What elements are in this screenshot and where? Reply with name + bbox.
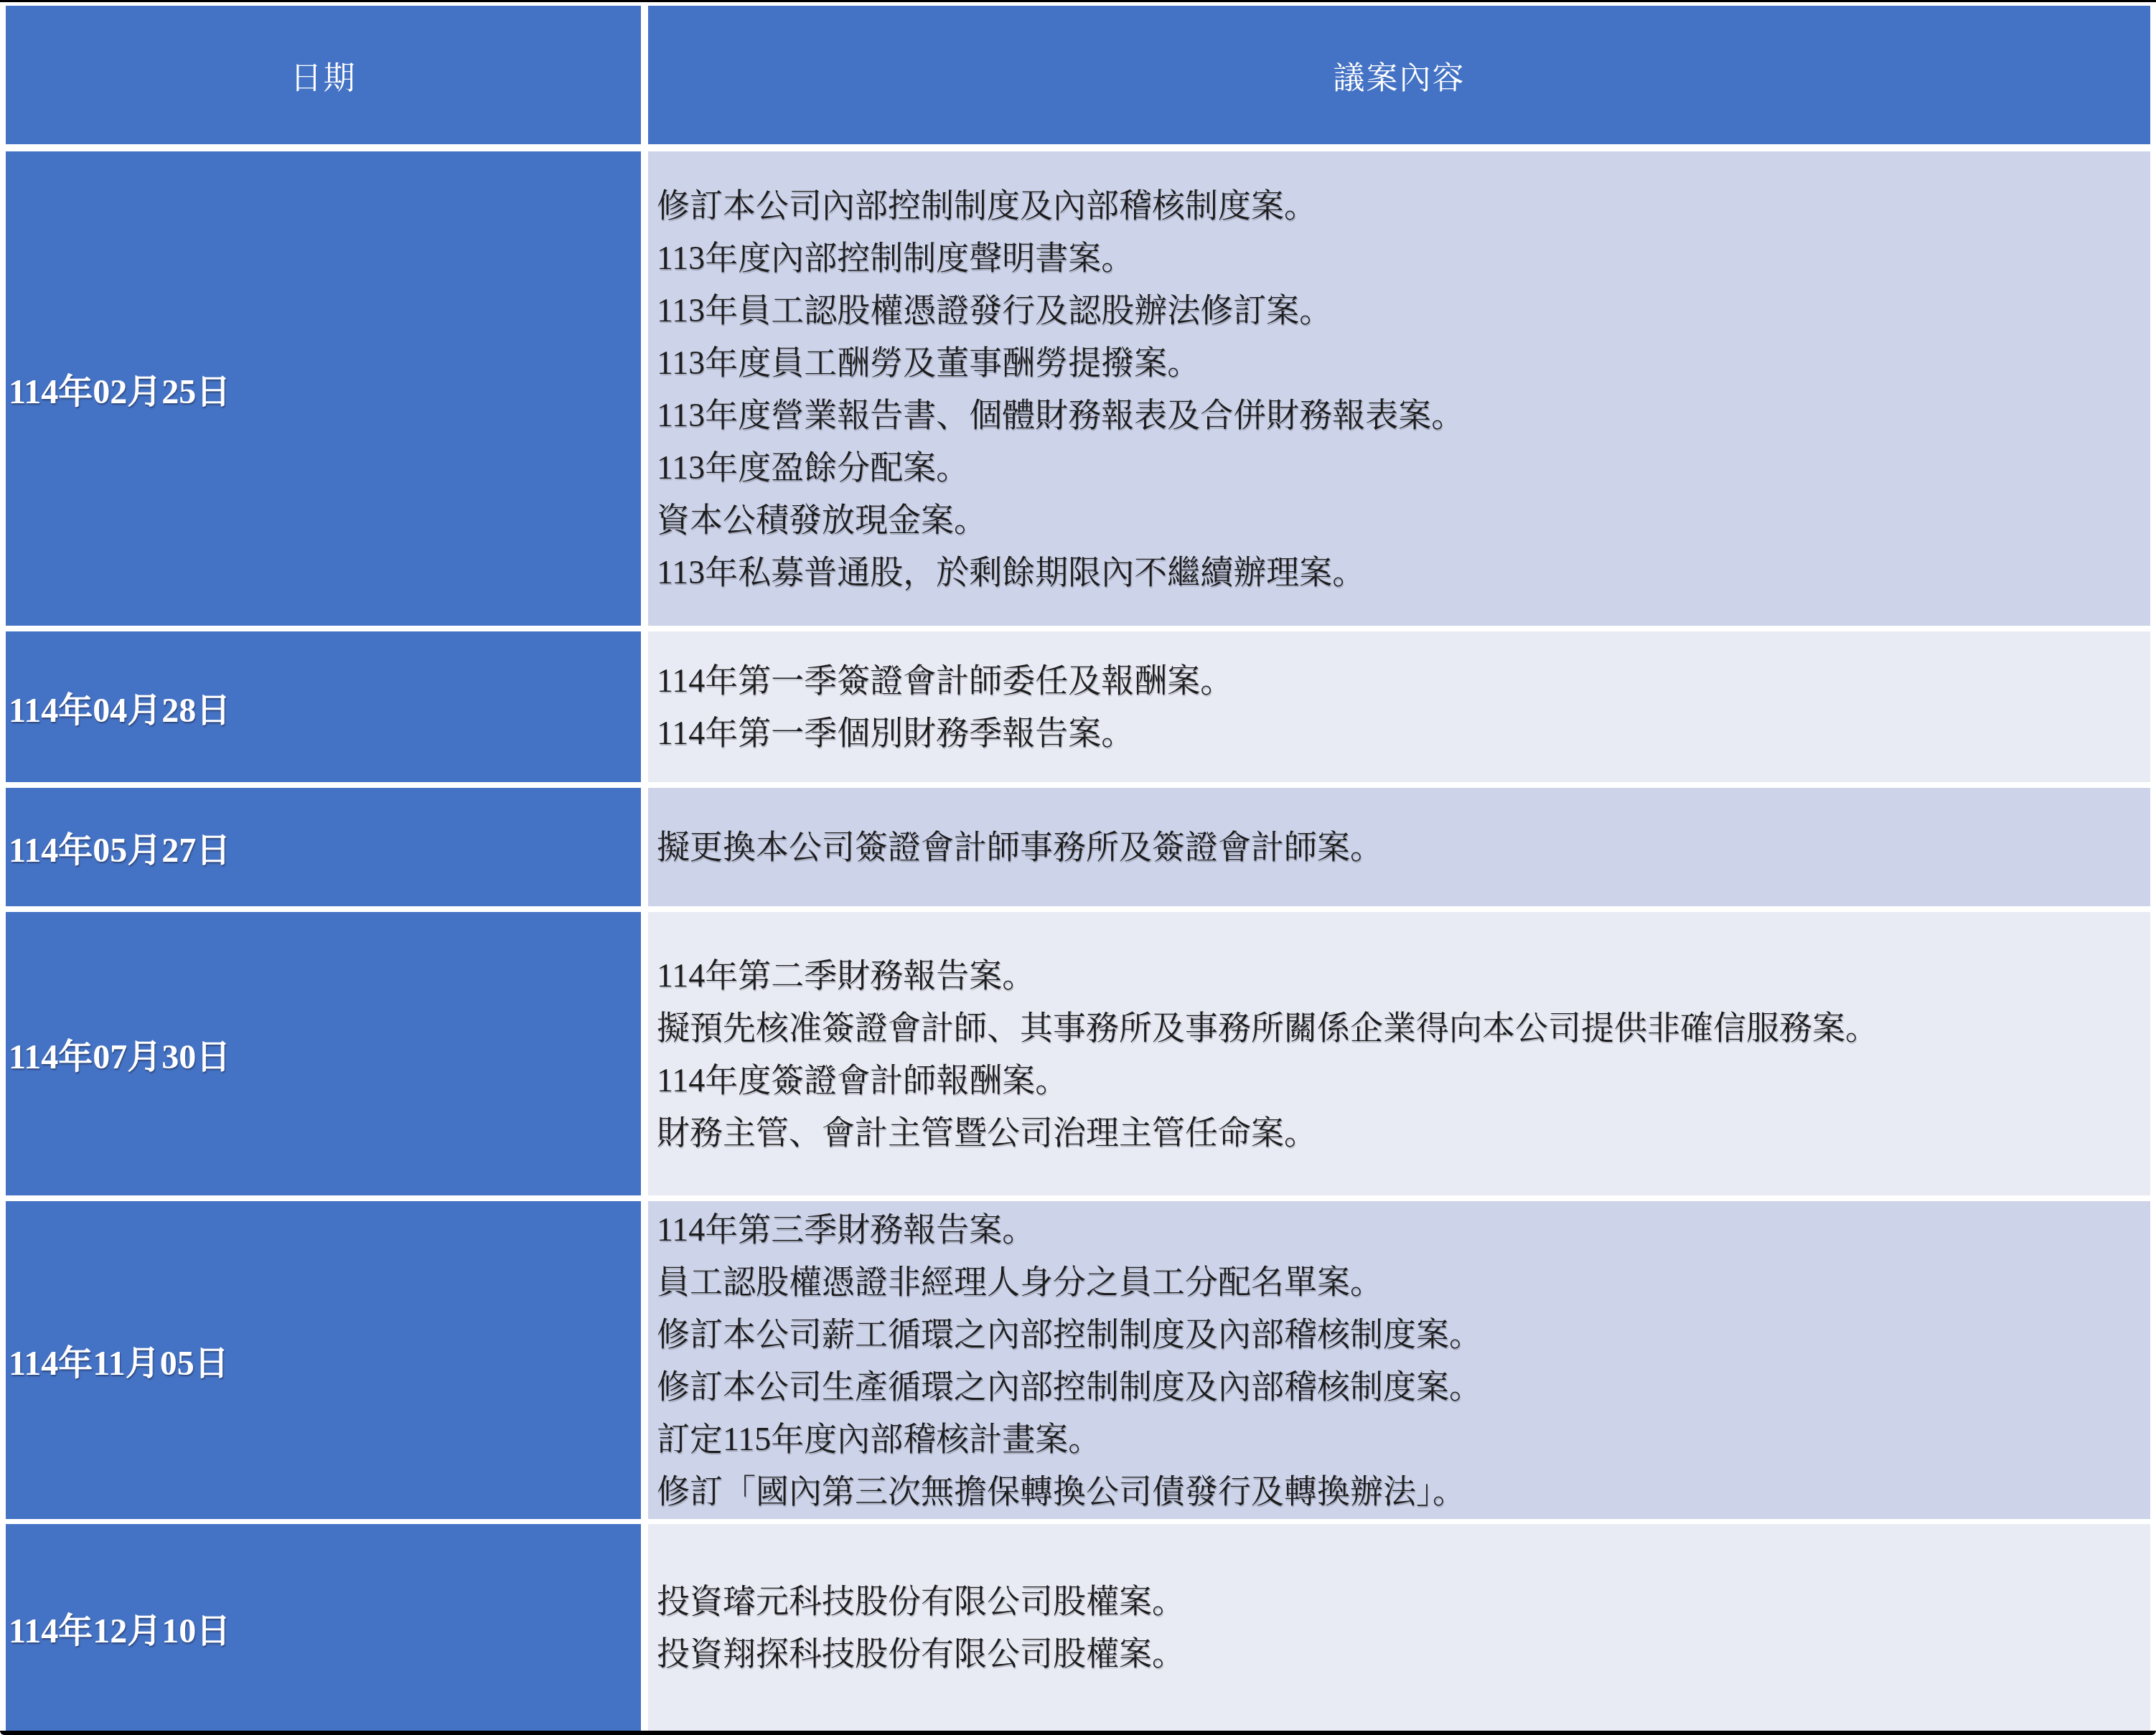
date-cell: 114年04月28日 — [6, 631, 641, 782]
date-cell: 114年11月05日 — [6, 1201, 641, 1519]
agenda-item: 113年度盈餘分配案。 — [657, 441, 2142, 494]
screenshot-bottom-edge — [0, 1731, 2156, 1735]
column-divider — [641, 6, 648, 144]
agenda-items: 114年第二季財務報告案。擬預先核准簽證會計師、其事務所及事務所關係企業得向本公… — [657, 949, 2142, 1159]
agenda-item: 擬更換本公司簽證會計師事務所及簽證會計師案。 — [657, 821, 2142, 873]
table-row: 114年07月30日 114年第二季財務報告案。擬預先核准簽證會計師、其事務所及… — [6, 912, 2150, 1195]
column-divider — [641, 151, 648, 626]
date-text: 114年12月10日 — [9, 1603, 230, 1652]
agenda-item: 113年度員工酬勞及董事酬勞提撥案。 — [657, 337, 2142, 389]
agenda-items: 修訂本公司內部控制制度及內部稽核制度案。113年度內部控制制度聲明書案。113年… — [657, 179, 2142, 598]
date-text: 114年11月05日 — [9, 1335, 229, 1385]
agenda-item: 114年第一季簽證會計師委任及報酬案。 — [657, 654, 2142, 707]
header-date: 日期 — [6, 6, 641, 144]
table-header-row: 日期 議案內容 — [6, 6, 2150, 144]
table-body: 114年02月25日 修訂本公司內部控制制度及內部稽核制度案。113年度內部控制… — [6, 151, 2150, 1731]
agenda-cell: 114年第三季財務報告案。員工認股權憑證非經理人身分之員工分配名單案。修訂本公司… — [648, 1201, 2150, 1519]
date-cell: 114年12月10日 — [6, 1524, 641, 1731]
agenda-items: 114年第一季簽證會計師委任及報酬案。114年第一季個別財務季報告案。 — [657, 654, 2142, 759]
table-row: 114年11月05日 114年第三季財務報告案。員工認股權憑證非經理人身分之員工… — [6, 1201, 2150, 1519]
date-text: 114年07月30日 — [9, 1029, 230, 1078]
table-row: 114年05月27日 擬更換本公司簽證會計師事務所及簽證會計師案。 — [6, 788, 2150, 906]
agenda-cell: 投資璿元科技股份有限公司股權案。投資翔探科技股份有限公司股權案。 — [648, 1524, 2150, 1731]
agenda-items: 114年第三季財務報告案。員工認股權憑證非經理人身分之員工分配名單案。修訂本公司… — [657, 1203, 2142, 1518]
agenda-item: 訂定115年度內部稽核計畫案。 — [657, 1413, 2142, 1465]
date-text: 114年05月27日 — [9, 822, 230, 872]
agenda-cell: 114年第二季財務報告案。擬預先核准簽證會計師、其事務所及事務所關係企業得向本公… — [648, 912, 2150, 1195]
agenda-item: 114年第一季個別財務季報告案。 — [657, 707, 2142, 759]
agenda-item: 修訂「國內第三次無擔保轉換公司債發行及轉換辦法」。 — [657, 1465, 2142, 1518]
table-row: 114年02月25日 修訂本公司內部控制制度及內部稽核制度案。113年度內部控制… — [6, 151, 2150, 626]
date-text: 114年02月25日 — [9, 364, 230, 413]
date-cell: 114年02月25日 — [6, 151, 641, 626]
agenda-item: 修訂本公司生產循環之內部控制制度及內部稽核制度案。 — [657, 1360, 2142, 1413]
agenda-cell: 擬更換本公司簽證會計師事務所及簽證會計師案。 — [648, 788, 2150, 906]
agenda-item: 113年員工認股權憑證發行及認股辦法修訂案。 — [657, 284, 2142, 337]
agenda-cell: 修訂本公司內部控制制度及內部稽核制度案。113年度內部控制制度聲明書案。113年… — [648, 151, 2150, 626]
agenda-item: 113年度營業報告書、個體財務報表及合併財務報表案。 — [657, 389, 2142, 441]
agenda-item: 資本公積發放現金案。 — [657, 494, 2142, 546]
agenda-item: 114年度簽證會計師報酬案。 — [657, 1054, 2142, 1106]
table-row: 114年12月10日 投資璿元科技股份有限公司股權案。投資翔探科技股份有限公司股… — [6, 1524, 2150, 1731]
agenda-item: 投資翔探科技股份有限公司股權案。 — [657, 1627, 2142, 1680]
agenda-item: 113年度內部控制制度聲明書案。 — [657, 232, 2142, 284]
column-divider — [641, 1524, 648, 1731]
column-divider — [641, 631, 648, 782]
date-text: 114年04月28日 — [9, 682, 230, 732]
meeting-agenda-table-page: 日期 議案內容 114年02月25日 修訂本公司內部控制制度及內部稽核制度案。1… — [0, 0, 2156, 1735]
agenda-item: 財務主管、會計主管暨公司治理主管任命案。 — [657, 1106, 2142, 1159]
agenda-cell: 114年第一季簽證會計師委任及報酬案。114年第一季個別財務季報告案。 — [648, 631, 2150, 782]
table-row: 114年04月28日 114年第一季簽證會計師委任及報酬案。114年第一季個別財… — [6, 631, 2150, 782]
column-divider — [641, 912, 648, 1195]
agenda-item: 114年第二季財務報告案。 — [657, 949, 2142, 1002]
agenda-item: 114年第三季財務報告案。 — [657, 1203, 2142, 1256]
agenda-item: 投資璿元科技股份有限公司股權案。 — [657, 1575, 2142, 1627]
agenda-item: 修訂本公司薪工循環之內部控制制度及內部稽核制度案。 — [657, 1308, 2142, 1360]
column-divider — [641, 1201, 648, 1519]
agenda-item: 擬預先核准簽證會計師、其事務所及事務所關係企業得向本公司提供非確信服務案。 — [657, 1002, 2142, 1054]
date-cell: 114年07月30日 — [6, 912, 641, 1195]
agenda-item: 員工認股權憑證非經理人身分之員工分配名單案。 — [657, 1256, 2142, 1308]
date-cell: 114年05月27日 — [6, 788, 641, 906]
column-divider — [641, 788, 648, 906]
agenda-item: 113年私募普通股，於剩餘期限內不繼續辦理案。 — [657, 546, 2142, 598]
agenda-items: 擬更換本公司簽證會計師事務所及簽證會計師案。 — [657, 821, 2142, 873]
header-content: 議案內容 — [648, 6, 2150, 144]
agenda-table: 日期 議案內容 114年02月25日 修訂本公司內部控制制度及內部稽核制度案。1… — [0, 2, 2156, 1731]
agenda-items: 投資璿元科技股份有限公司股權案。投資翔探科技股份有限公司股權案。 — [657, 1575, 2142, 1680]
agenda-item: 修訂本公司內部控制制度及內部稽核制度案。 — [657, 179, 2142, 232]
